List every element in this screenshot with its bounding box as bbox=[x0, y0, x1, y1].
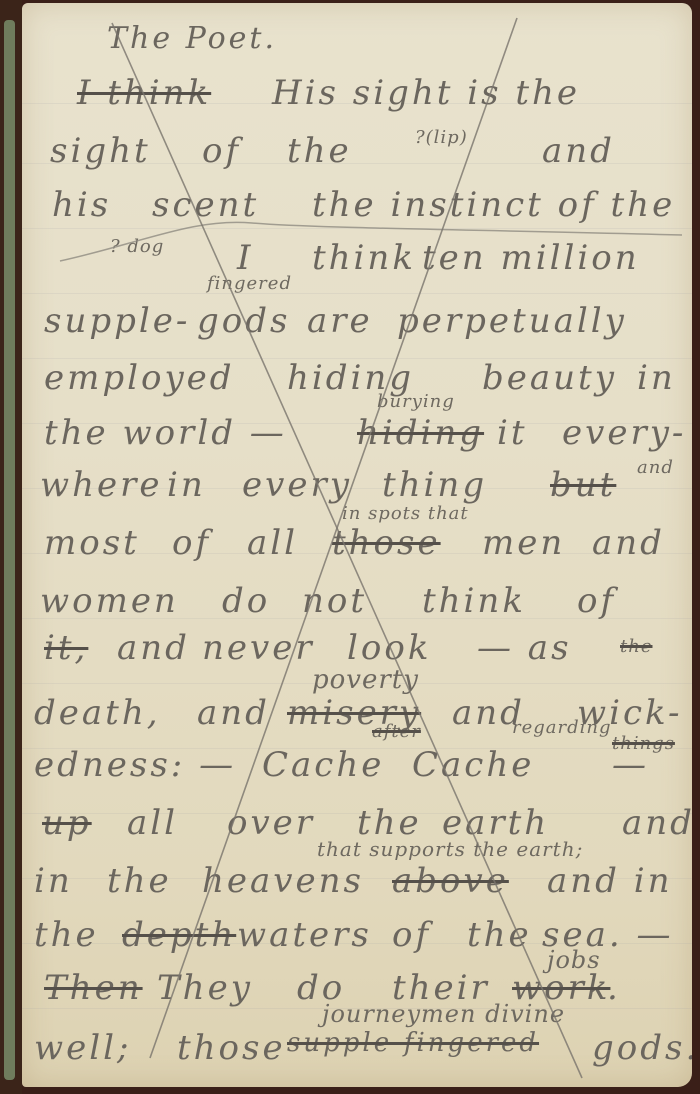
green-cover-edge bbox=[4, 20, 15, 1080]
pencil-marks bbox=[22, 3, 692, 1087]
manuscript-page: The Poet. I think His sight is the sight… bbox=[22, 3, 692, 1087]
